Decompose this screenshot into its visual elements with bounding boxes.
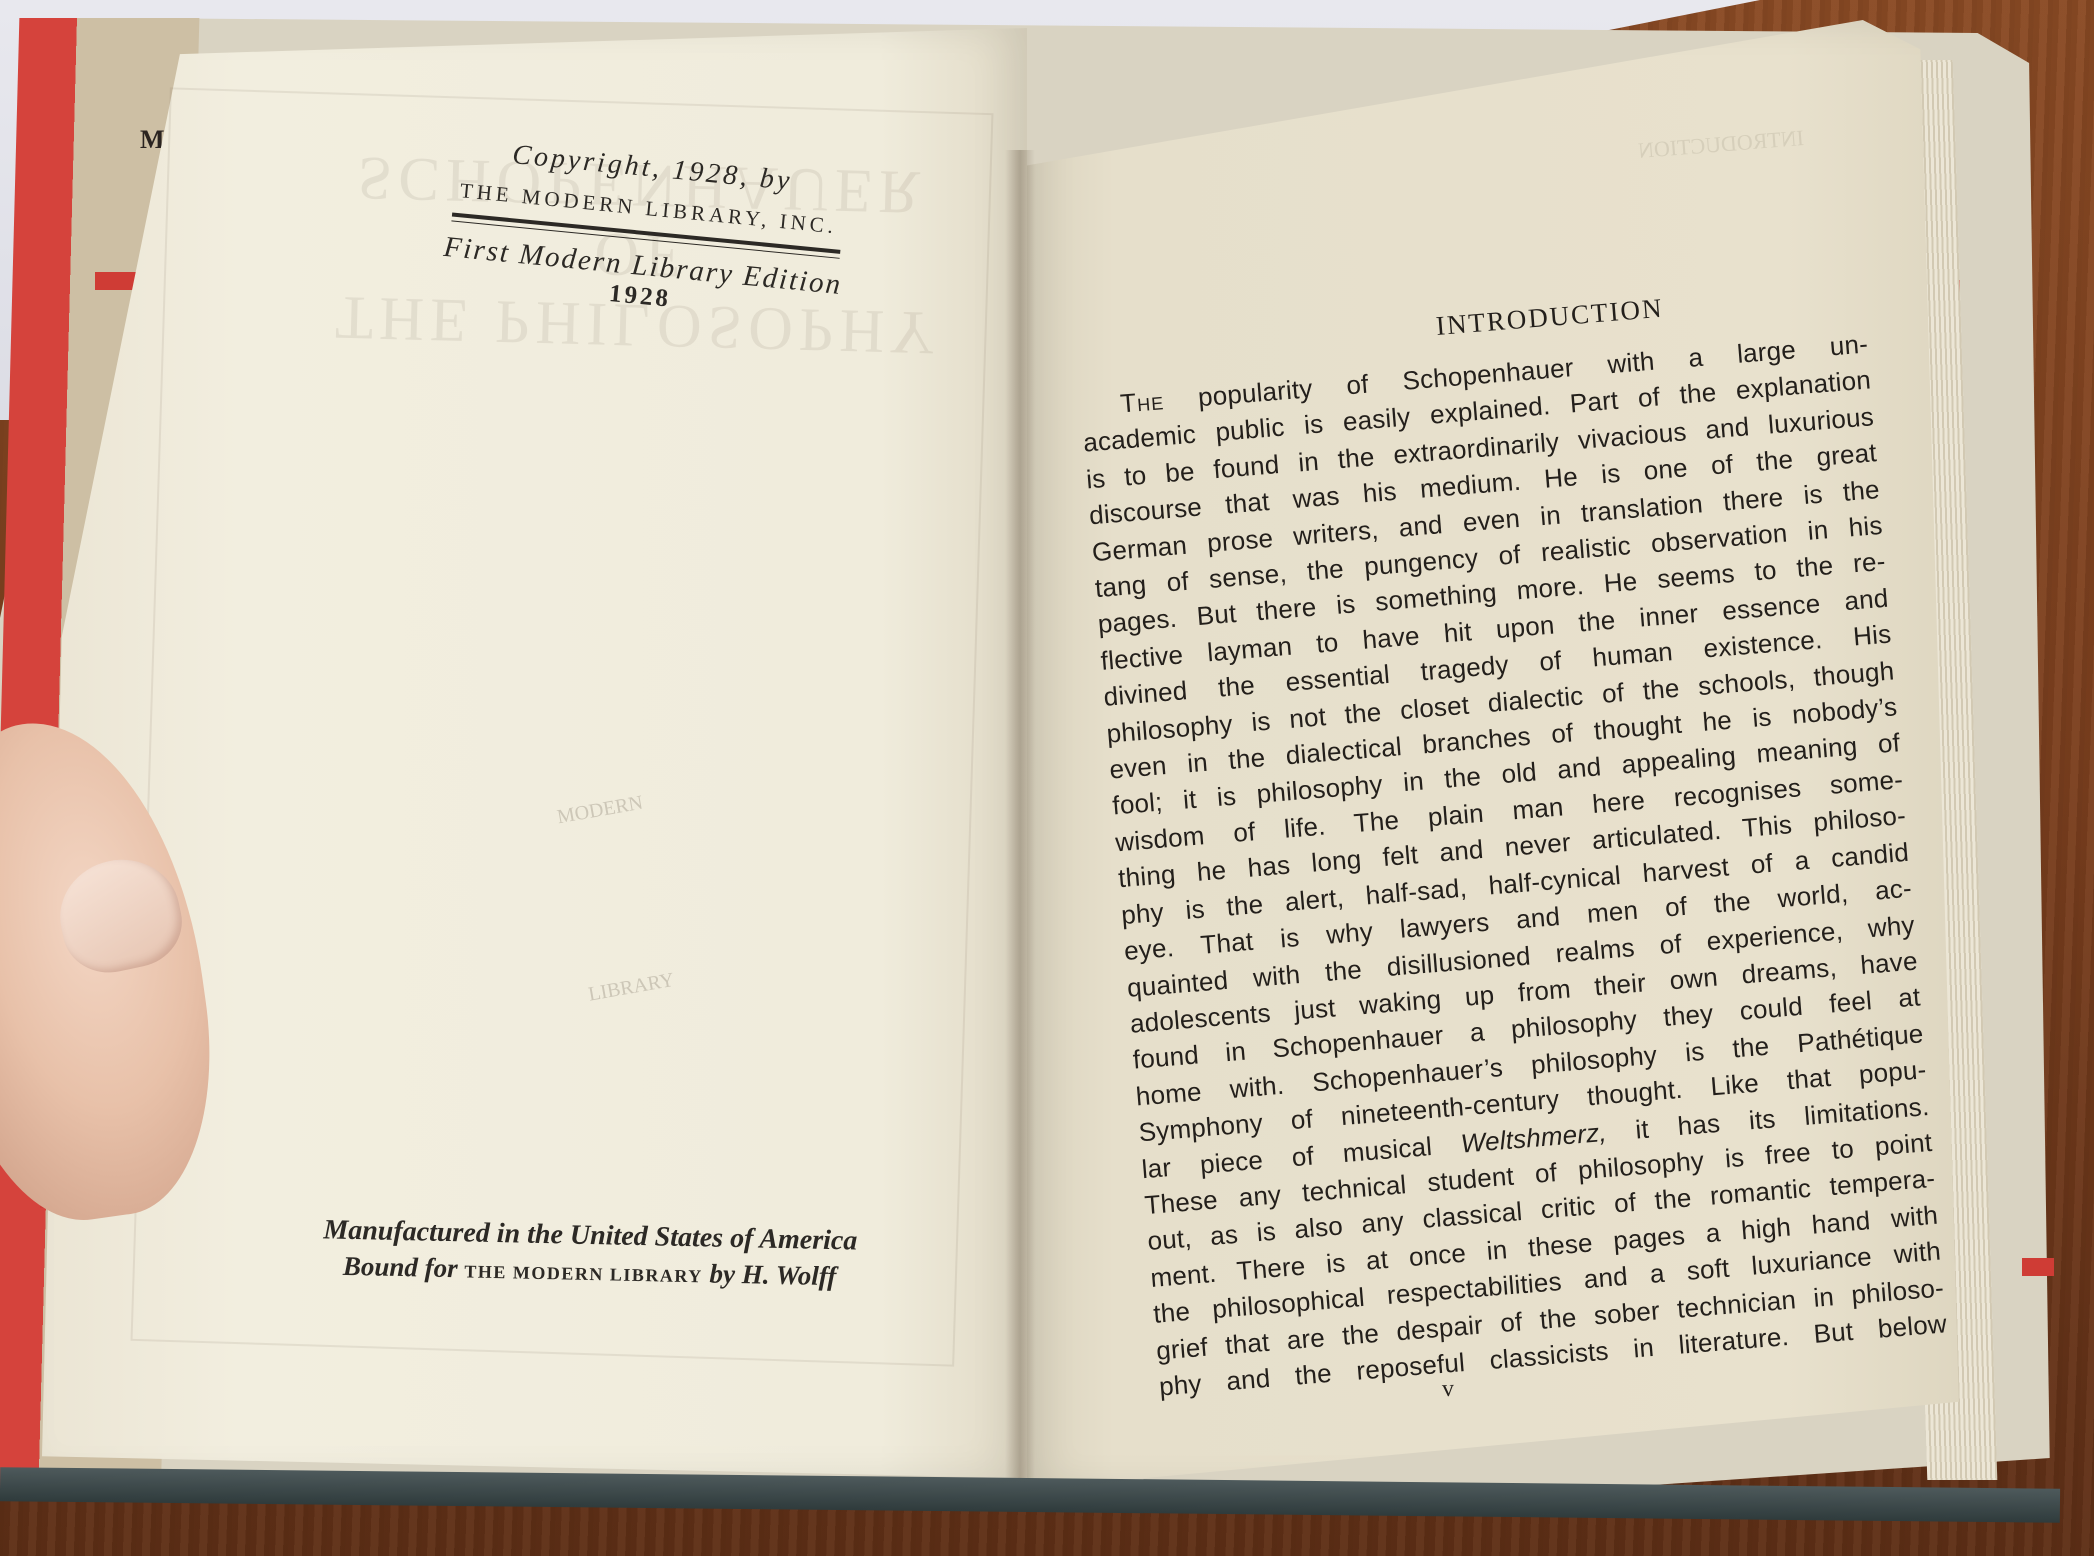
jacket-stripe: [2022, 1258, 2054, 1276]
smallcaps-opening: The: [1119, 385, 1165, 418]
bound-prefix: Bound for: [343, 1251, 458, 1283]
manufacturing-block: Manufactured in the United States of Ame…: [299, 1214, 880, 1293]
bound-publisher: THE MODERN LIBRARY: [464, 1261, 703, 1286]
bound-suffix: by H. Wolff: [709, 1259, 836, 1292]
introduction-text: INTRODUCTION The popularity of Schopenha…: [1075, 277, 1948, 1405]
page-number: v: [1442, 1376, 1455, 1403]
book-gutter: [1005, 150, 1035, 1490]
